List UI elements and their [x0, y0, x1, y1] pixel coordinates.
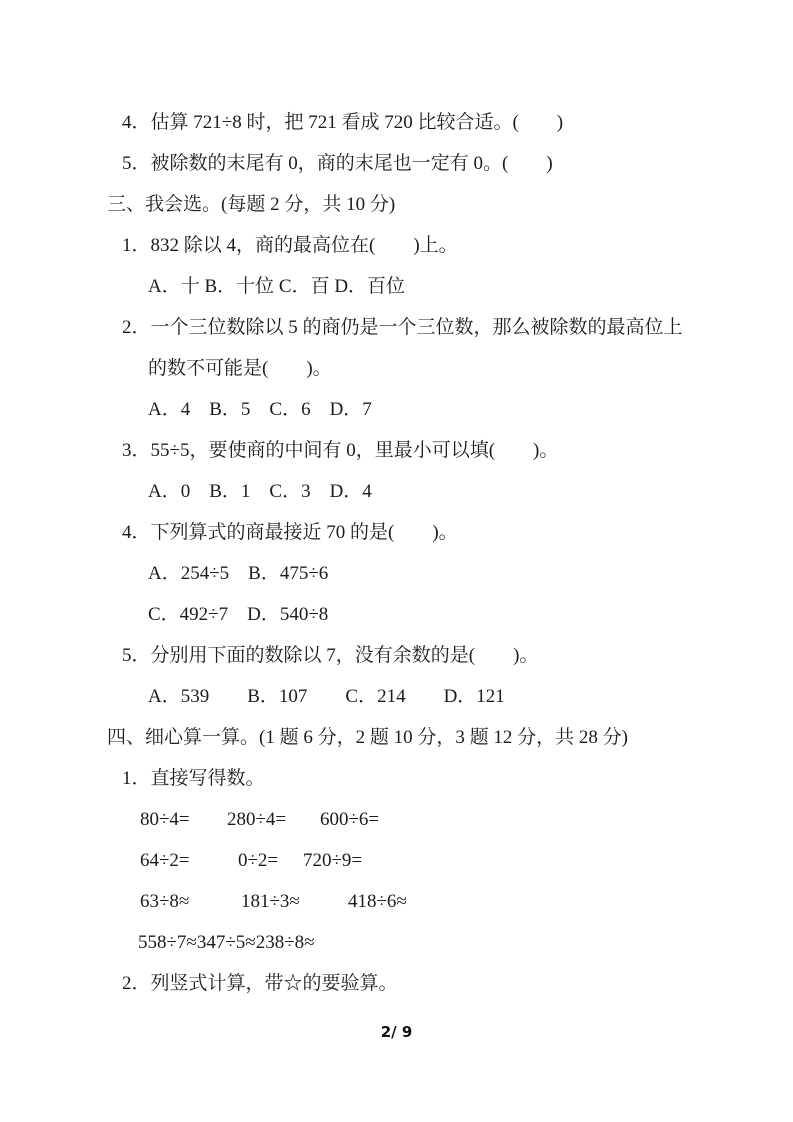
calc-expression: 181÷3≈	[241, 881, 300, 922]
worksheet-content: 4．估算 721÷8 时，把 721 看成 720 比较合适。( ) 5．被除数…	[0, 102, 793, 1004]
choice-options-1: A．十 B．十位 C．百 D．百位	[0, 266, 793, 307]
item-text: 估算 721÷8 时，把 721 看成 720 比较合适。( )	[151, 112, 564, 133]
section-heading-three: 三、我会选。(每题 2 分，共 10 分)	[0, 184, 793, 225]
calc-expression: 720÷9=	[303, 840, 362, 881]
calc-expression: 558÷7≈347÷5≈238÷8≈	[138, 922, 315, 963]
choice-options-5: A．539 B．107 C．214 D．121	[0, 676, 793, 717]
choice-question-5: 5．分别用下面的数除以 7，没有余数的是( )。	[0, 635, 793, 676]
question-number: 2．	[122, 317, 151, 338]
calc-expression: 64÷2=	[140, 840, 190, 881]
oral-calc-row-3: 63÷8≈181÷3≈418÷6≈	[0, 881, 793, 922]
page-number-text: 2/ 9	[381, 1023, 413, 1041]
calc-expression: 80÷4=	[140, 799, 190, 840]
question-number: 3．	[122, 440, 151, 461]
section-heading-four: 四、细心算一算。(1 题 6 分，2 题 10 分，3 题 12 分，共 28 …	[0, 717, 793, 758]
question-number: 5．	[122, 645, 151, 666]
options-text: A．0 B．1 C．3 D．4	[148, 481, 372, 502]
item-number: 5．	[122, 153, 151, 174]
section-heading-text: 三、我会选。(每题 2 分，共 10 分)	[107, 194, 395, 215]
question-number: 4．	[122, 522, 151, 543]
judgement-item-4: 4．估算 721÷8 时，把 721 看成 720 比较合适。( )	[0, 102, 793, 143]
options-text: C．492÷7 D．540÷8	[148, 604, 328, 625]
choice-question-1: 1．832 除以 4，商的最高位在( )上。	[0, 225, 793, 266]
section-heading-text: 四、细心算一算。(1 题 6 分，2 题 10 分，3 题 12 分，共 28 …	[107, 727, 628, 748]
choice-options-4-cd: C．492÷7 D．540÷8	[0, 594, 793, 635]
page-number: 2/ 9	[0, 1022, 793, 1042]
calc-expression: 280÷4=	[227, 799, 286, 840]
choice-options-2: A．4 B．5 C．6 D．7	[0, 389, 793, 430]
item-number: 4．	[122, 112, 151, 133]
question-text: 列竖式计算，带☆的要验算。	[151, 973, 398, 994]
choice-options-3: A．0 B．1 C．3 D．4	[0, 471, 793, 512]
question-text: 一个三位数除以 5 的商仍是一个三位数，那么被除数的最高位上	[151, 317, 683, 338]
worksheet-page: 4．估算 721÷8 时，把 721 看成 720 比较合适。( ) 5．被除数…	[0, 0, 793, 1122]
question-number: 1．	[122, 235, 151, 256]
question-text: 55÷5，要使商的中间有 0，里最小可以填( )。	[151, 440, 559, 461]
calc-expression: 600÷6=	[320, 799, 379, 840]
calc-expression: 63÷8≈	[140, 881, 189, 922]
choice-question-2-continuation: 的数不可能是( )。	[0, 348, 793, 389]
calc-expression: 0÷2=	[238, 840, 278, 881]
item-text: 被除数的末尾有 0，商的末尾也一定有 0。( )	[151, 153, 553, 174]
choice-question-2: 2．一个三位数除以 5 的商仍是一个三位数，那么被除数的最高位上	[0, 307, 793, 348]
choice-options-4-ab: A．254÷5 B．475÷6	[0, 553, 793, 594]
question-number: 2．	[122, 973, 151, 994]
question-number: 1．	[122, 768, 151, 789]
oral-calc-row-4: 558÷7≈347÷5≈238÷8≈	[0, 922, 793, 963]
calc-subquestion-2: 2．列竖式计算，带☆的要验算。	[0, 963, 793, 1004]
question-text: 832 除以 4，商的最高位在( )上。	[151, 235, 458, 256]
options-text: A．十 B．十位 C．百 D．百位	[148, 276, 405, 297]
options-text: A．254÷5 B．475÷6	[148, 563, 328, 584]
oral-calc-row-2: 64÷2=0÷2=720÷9=	[0, 840, 793, 881]
judgement-item-5: 5．被除数的末尾有 0，商的末尾也一定有 0。( )	[0, 143, 793, 184]
options-text: A．539 B．107 C．214 D．121	[148, 686, 505, 707]
question-text-cont: 的数不可能是( )。	[148, 358, 332, 379]
question-text: 分别用下面的数除以 7，没有余数的是( )。	[151, 645, 539, 666]
oral-calc-row-1: 80÷4=280÷4=600÷6=	[0, 799, 793, 840]
calc-subquestion-1: 1．直接写得数。	[0, 758, 793, 799]
choice-question-3: 3．55÷5，要使商的中间有 0，里最小可以填( )。	[0, 430, 793, 471]
options-text: A．4 B．5 C．6 D．7	[148, 399, 372, 420]
calc-expression: 418÷6≈	[348, 881, 407, 922]
question-text: 下列算式的商最接近 70 的是( )。	[151, 522, 458, 543]
choice-question-4: 4．下列算式的商最接近 70 的是( )。	[0, 512, 793, 553]
question-text: 直接写得数。	[151, 768, 265, 789]
